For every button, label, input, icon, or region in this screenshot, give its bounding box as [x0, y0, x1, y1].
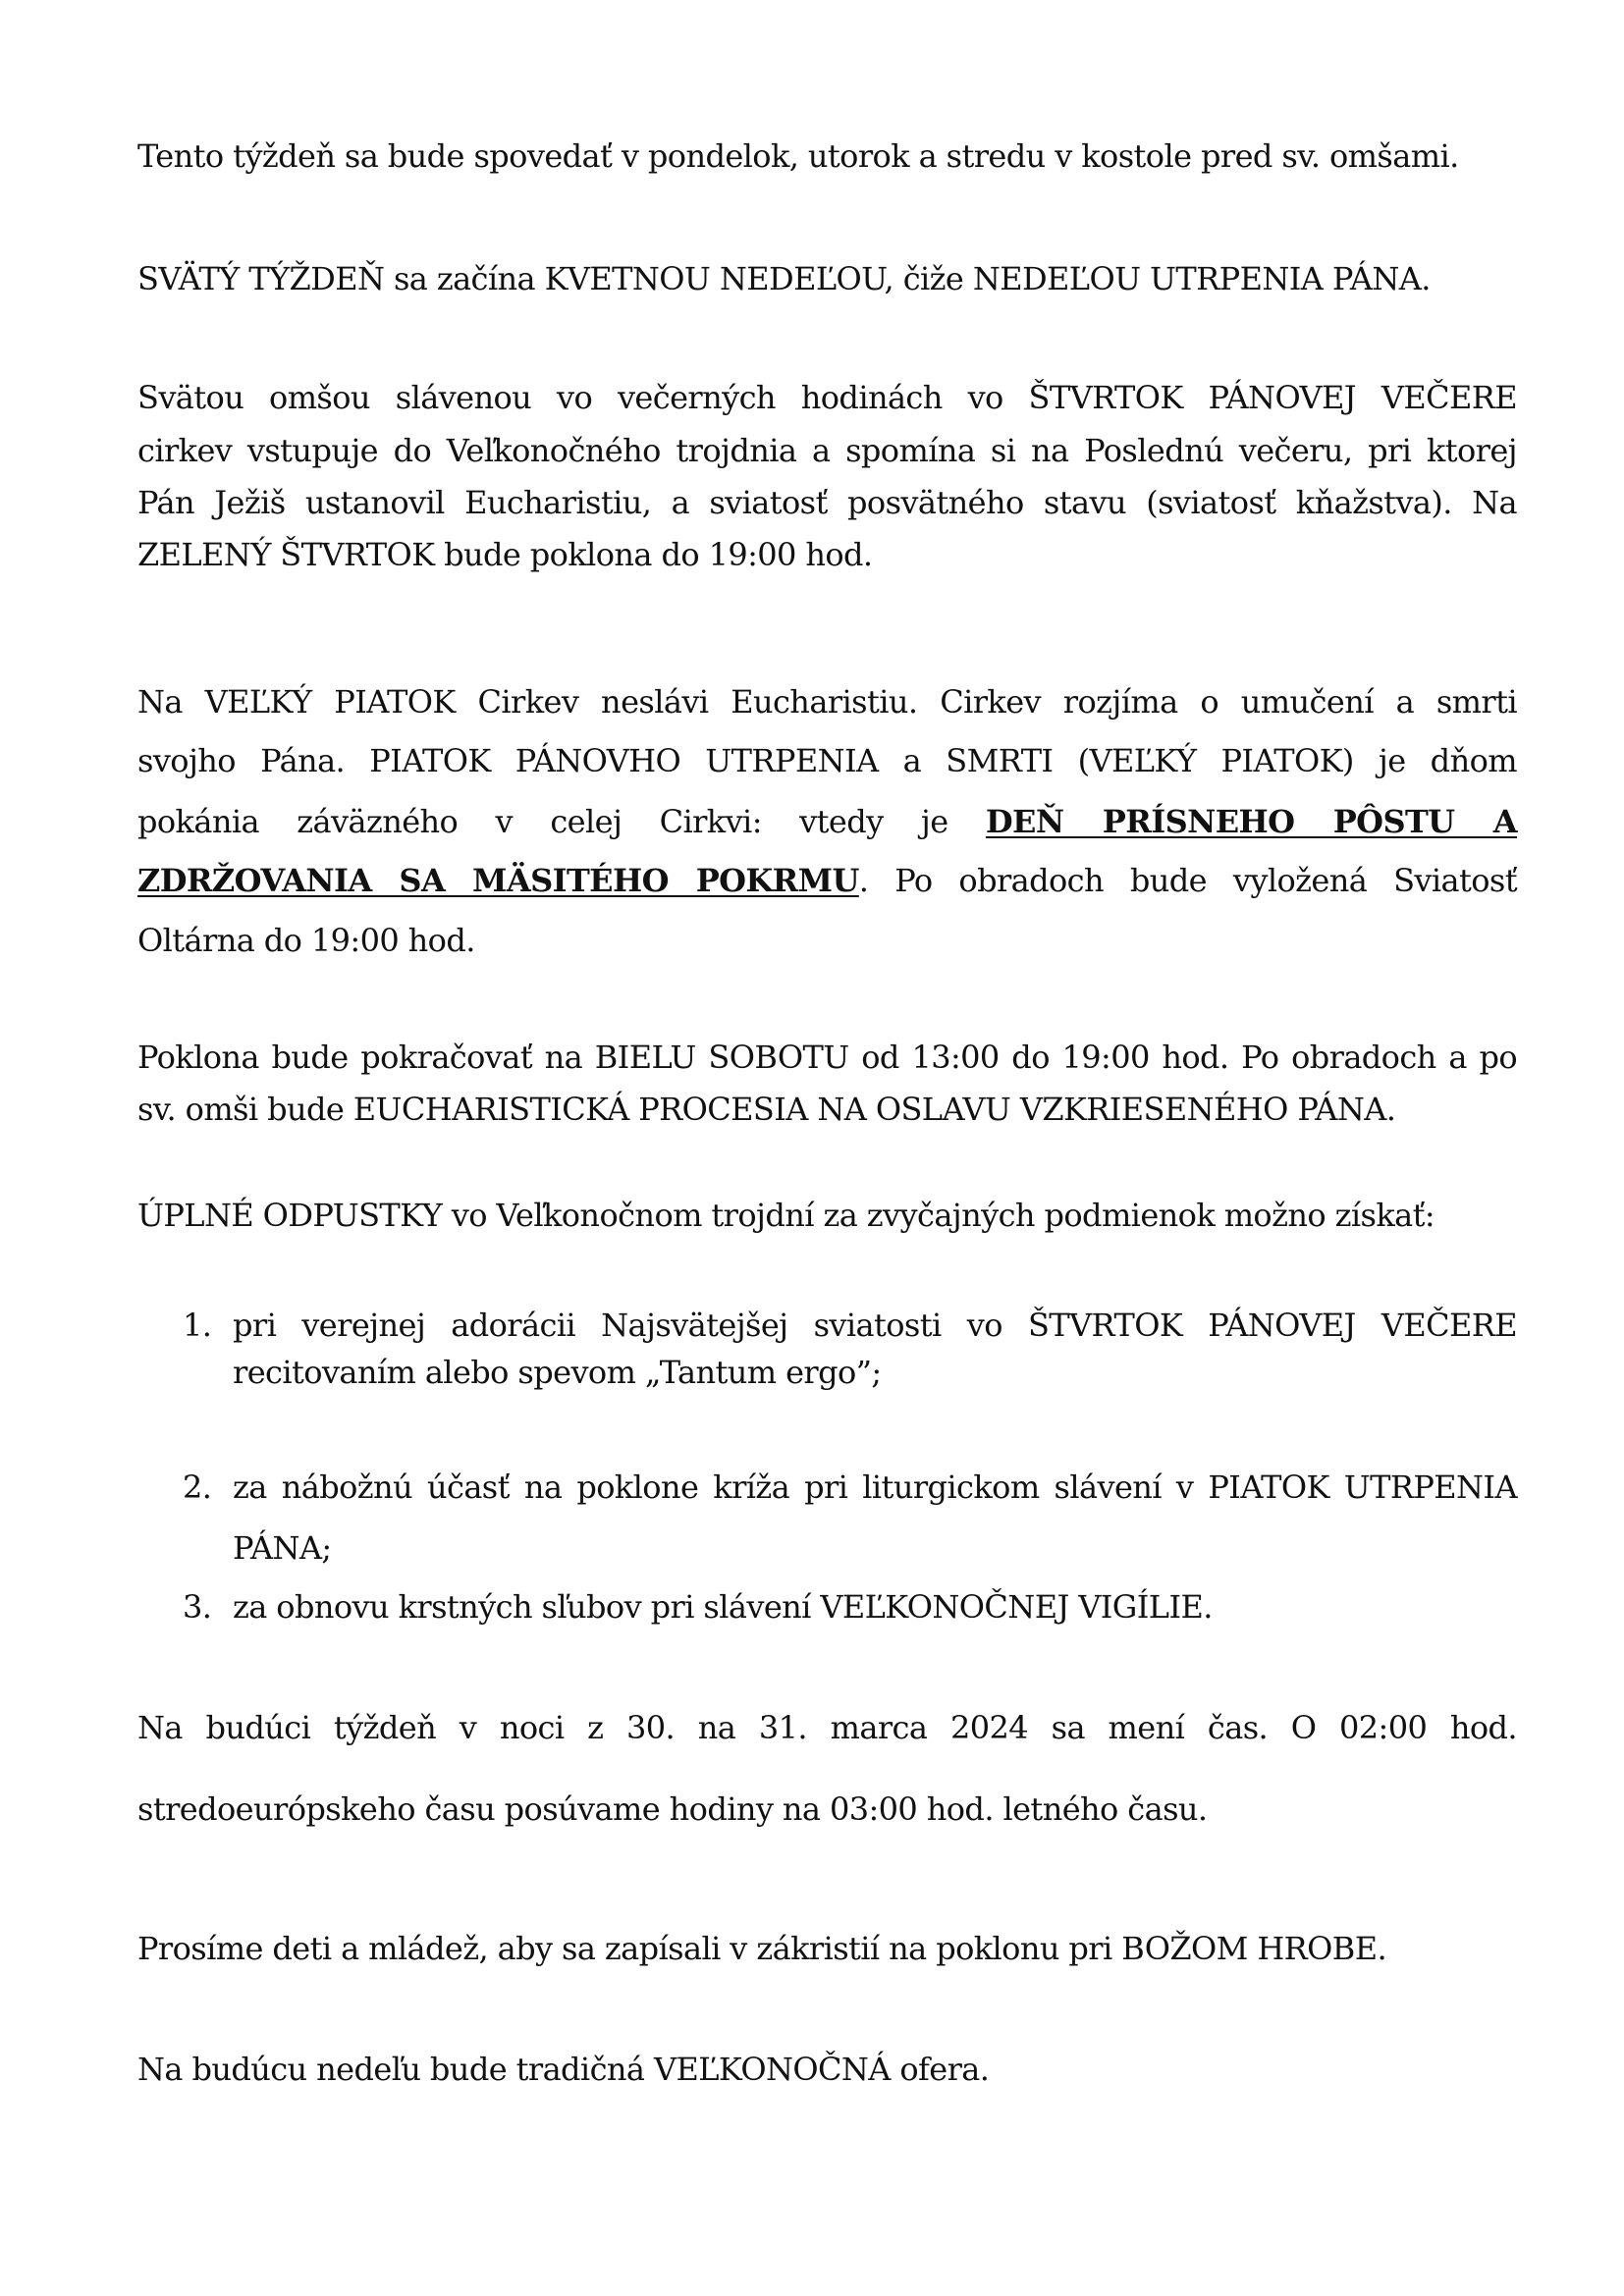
text-line: pokánia záväzného v celej Cirkvi: vtedy …: [137, 802, 1517, 841]
paragraph-youth-signup: Prosíme deti a mládež, aby sa zapísali v…: [137, 1929, 1517, 1968]
text-line: recitovaním alebo spevom „Tantum ergo”;: [233, 1353, 1517, 1392]
text-line: PÁNA;: [233, 1528, 1517, 1568]
list-number: 3.: [183, 1587, 211, 1627]
text-line: Pán Ježiš ustanovil Eucharistiu, a sviat…: [137, 483, 1517, 522]
text-line: ZELENÝ ŠTVRTOK bude poklona do 19:00 hod…: [137, 535, 1517, 574]
paragraph-indulgences-intro: ÚPLNÉ ODPUSTKY vo Veľkonočnom trojdní za…: [137, 1196, 1517, 1235]
document-page: Tento týždeň sa bude spovedať v pondelok…: [0, 0, 1624, 2296]
abstinence-notice: ZDRŽOVANIA SA MÄSITÉHO POKRMU: [137, 862, 859, 899]
fasting-notice: DEŇ PRÍSNEHO PÔSTU A: [986, 803, 1517, 840]
text-line: cirkev vstupuje do Veľkonočného trojdnia…: [137, 431, 1517, 470]
list-number: 1.: [183, 1306, 211, 1345]
text-line: Na VEĽKÝ PIATOK Cirkev neslávi Eucharist…: [137, 682, 1517, 721]
text-line: za obnovu krstných sľubov pri slávení VE…: [233, 1587, 1517, 1627]
text-line: Oltárna do 19:00 hod.: [137, 921, 1517, 960]
text-line: Poklona bude pokračovať na BIELU SOBOTU …: [137, 1038, 1517, 1077]
paragraph-easter-offering: Na budúcu nedeľu bude tradičná VEĽKONOČN…: [137, 2050, 1517, 2089]
paragraph-holy-week: SVÄTÝ TÝŽDEŇ sa začína KVETNOU NEDEĽOU, …: [137, 259, 1517, 298]
text-line: stredoeurópskeho času posúvame hodiny na…: [137, 1789, 1517, 1829]
text-line: Na budúci týždeň v noci z 30. na 31. mar…: [137, 1708, 1517, 1747]
list-number: 2.: [183, 1468, 211, 1507]
text-line: pri verejnej adorácii Najsvätejšej sviat…: [233, 1306, 1517, 1345]
text-line: za nábožnú účasť na poklone kríža pri li…: [233, 1468, 1517, 1507]
text-line: Svätou omšou slávenou vo večerných hodin…: [137, 378, 1517, 417]
text-line: svojho Pána. PIATOK PÁNOVHO UTRPENIA a S…: [137, 741, 1517, 780]
text-line: sv. omši bude EUCHARISTICKÁ PROCESIA NA …: [137, 1090, 1517, 1129]
text-line: ZDRŽOVANIA SA MÄSITÉHO POKRMU. Po obrado…: [137, 861, 1517, 900]
paragraph-confession: Tento týždeň sa bude spovedať v pondelok…: [137, 136, 1517, 176]
